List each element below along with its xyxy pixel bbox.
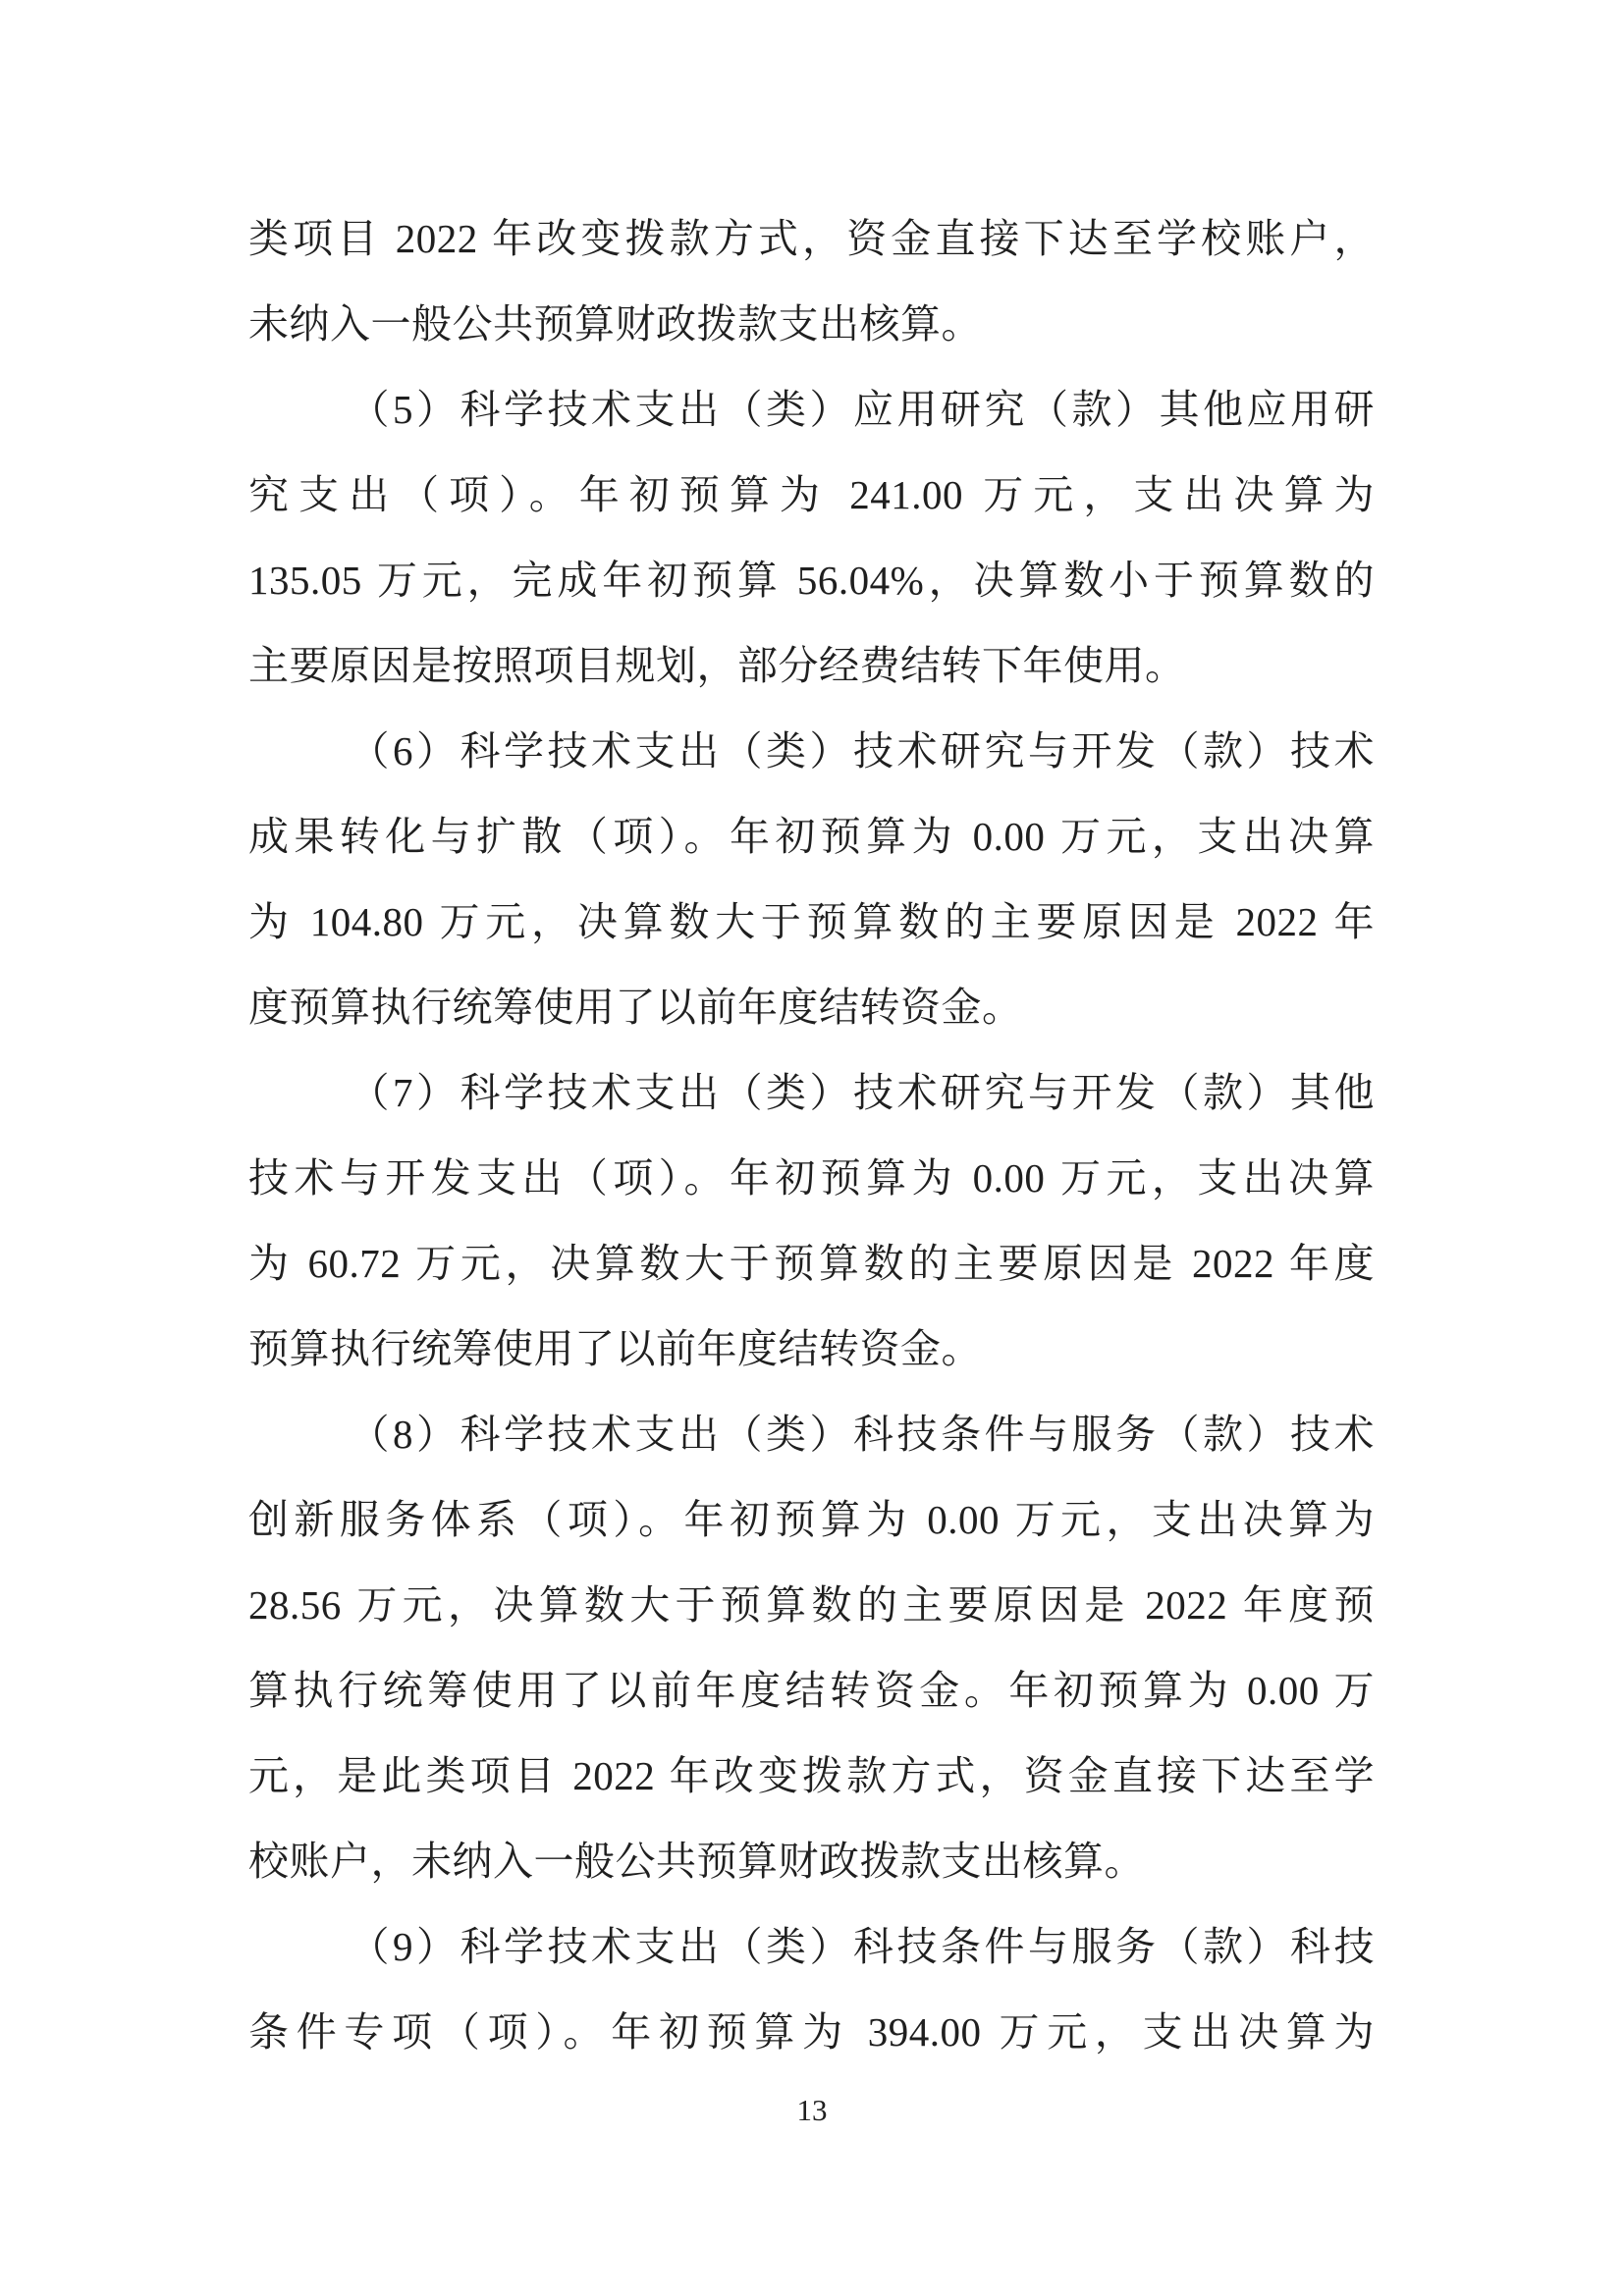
text-line: 为 104.80 万元，决算数大于预算数的主要原因是 2022 年 xyxy=(248,880,1375,965)
text-line: 预算执行统筹使用了以前年度结转资金。 xyxy=(248,1307,1375,1392)
text-line: 类项目 2022 年改变拨款方式，资金直接下达至学校账户， xyxy=(248,196,1375,282)
text-line: 算执行统筹使用了以前年度结转资金。年初预算为 0.00 万 xyxy=(248,1648,1375,1734)
text-line: （7）科学技术支出（类）技术研究与开发（款）其他 xyxy=(248,1050,1375,1136)
body-text: 类项目 2022 年改变拨款方式，资金直接下达至学校账户， 未纳入一般公共预算财… xyxy=(248,196,1375,2075)
text-line: 未纳入一般公共预算财政拨款支出核算。 xyxy=(248,282,1375,367)
text-line: （6）科学技术支出（类）技术研究与开发（款）技术 xyxy=(248,709,1375,794)
text-line: 条件专项（项）。年初预算为 394.00 万元，支出决算为 xyxy=(248,1990,1375,2075)
text-line: 主要原因是按照项目规划，部分经费结转下年使用。 xyxy=(248,623,1375,709)
text-line: 究支出（项）。年初预算为 241.00 万元，支出决算为 xyxy=(248,453,1375,538)
text-line: 技术与开发支出（项）。年初预算为 0.00 万元，支出决算 xyxy=(248,1136,1375,1221)
text-line: 校账户，未纳入一般公共预算财政拨款支出核算。 xyxy=(248,1819,1375,1904)
text-line: （5）科学技术支出（类）应用研究（款）其他应用研 xyxy=(248,367,1375,453)
text-line: 成果转化与扩散（项）。年初预算为 0.00 万元，支出决算 xyxy=(248,794,1375,880)
text-line: 为 60.72 万元，决算数大于预算数的主要原因是 2022 年度 xyxy=(248,1221,1375,1307)
text-line: 28.56 万元，决算数大于预算数的主要原因是 2022 年度预 xyxy=(248,1563,1375,1648)
page-number: 13 xyxy=(0,2091,1624,2130)
text-line: 135.05 万元，完成年初预算 56.04%，决算数小于预算数的 xyxy=(248,538,1375,623)
text-line: 元，是此类项目 2022 年改变拨款方式，资金直接下达至学 xyxy=(248,1734,1375,1819)
text-line: （9）科学技术支出（类）科技条件与服务（款）科技 xyxy=(248,1904,1375,1990)
document-page: 类项目 2022 年改变拨款方式，资金直接下达至学校账户， 未纳入一般公共预算财… xyxy=(0,0,1624,2296)
text-line: 创新服务体系（项）。年初预算为 0.00 万元，支出决算为 xyxy=(248,1477,1375,1563)
text-line: （8）科学技术支出（类）科技条件与服务（款）技术 xyxy=(248,1392,1375,1477)
text-line: 度预算执行统筹使用了以前年度结转资金。 xyxy=(248,965,1375,1050)
